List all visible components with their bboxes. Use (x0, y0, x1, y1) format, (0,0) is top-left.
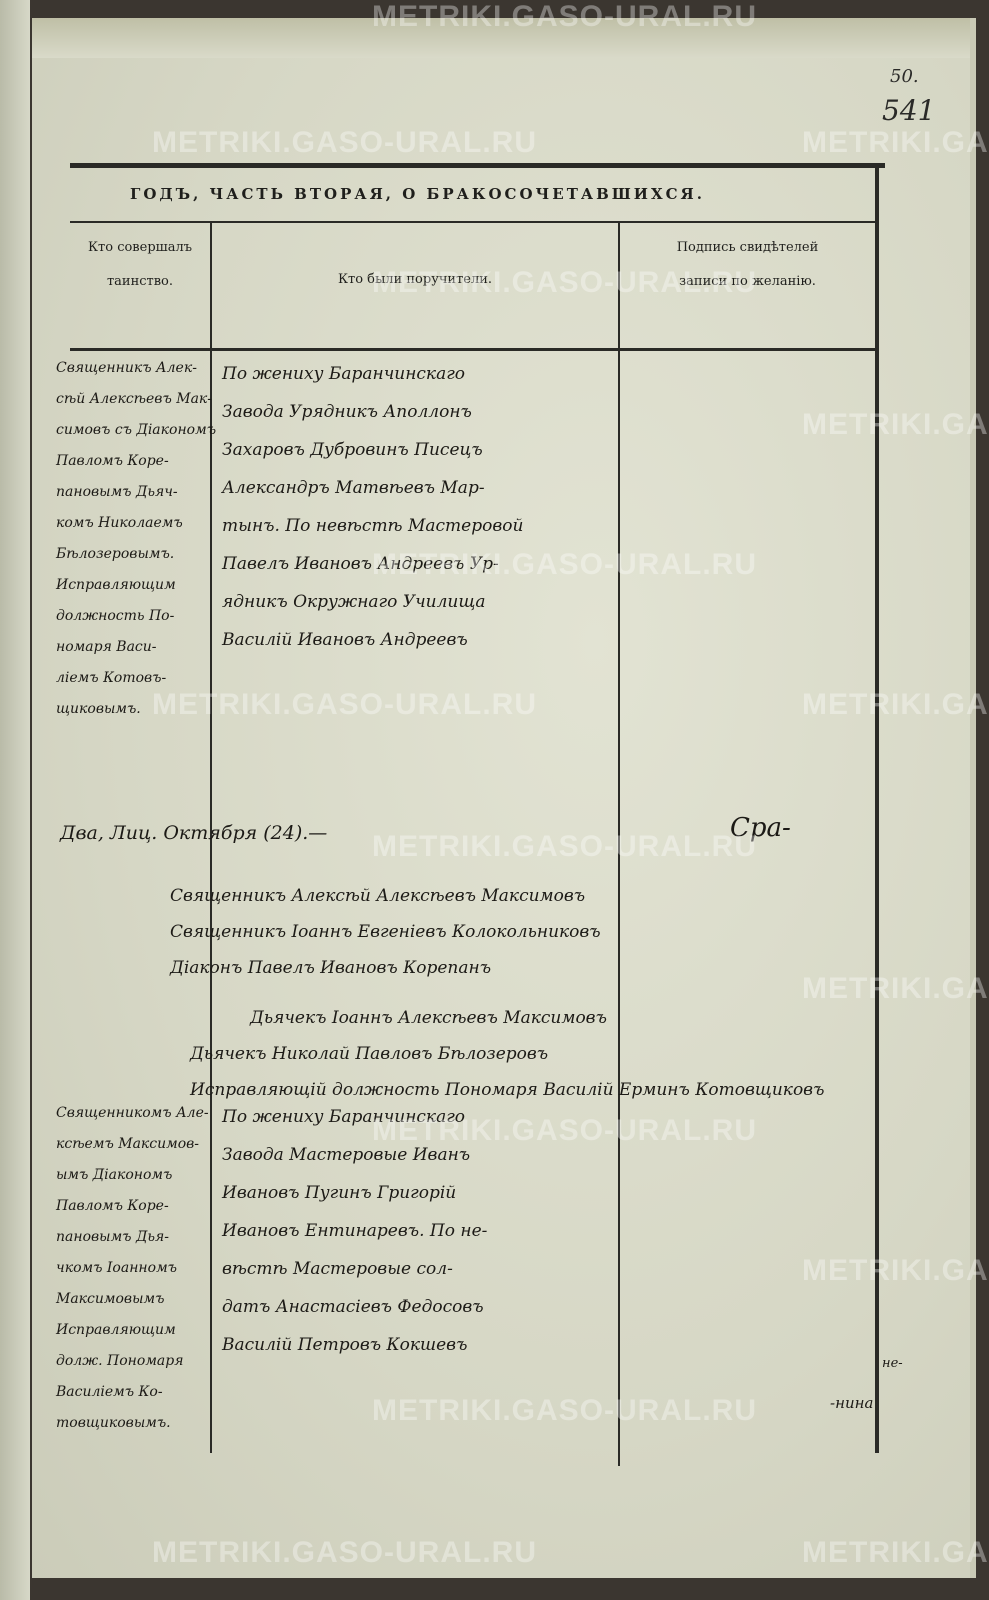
handwritten-line: чкомъ Іоанномъ (56, 1253, 209, 1284)
handwritten-line: комъ Николаемъ (56, 508, 216, 539)
handwritten-line: номаря Васи- (56, 632, 216, 663)
column-header-line: Подпись свидѣтелей (620, 231, 875, 265)
watermark: METRIKI.GASO-URAL.RU (372, 1114, 757, 1148)
handwritten-line: ядникъ Окружнаго Училища (222, 583, 523, 621)
clergy-signature: Священникъ Алексѣй Алексѣевъ Максимовъ (170, 878, 824, 914)
watermark: METRIKI.GASO-URAL.RU (802, 972, 989, 1006)
handwritten-line: Василій Петровъ Кокшевъ (222, 1326, 487, 1364)
folio-old-number: 50. (890, 66, 919, 87)
handwritten-line: тынъ. По невѣстѣ Мастеровой (222, 507, 523, 545)
watermark: METRIKI.GASO-URAL.RU (372, 548, 757, 582)
form-title: ГОДЪ, ЧАСТЬ ВТОРАЯ, О БРАКОСОЧЕТАВШИХСЯ. (130, 185, 705, 203)
handwritten-line: Бѣлозеровымъ. (56, 539, 216, 570)
watermark: METRIKI.GASO-URAL.RU (802, 1536, 989, 1570)
handwritten-line: Максимовымъ (56, 1284, 209, 1315)
certification-date: Два, Лиц. Октября (24).— (60, 818, 327, 849)
watermark: METRIKI.GASO-URAL.RU (802, 688, 989, 722)
handwritten-line: Завода Урядникъ Аполлонъ (222, 393, 523, 431)
handwritten-line: Исправляющим (56, 570, 216, 601)
clergy-signature: Священникъ Іоаннъ Евгеніевъ Колокольнико… (170, 914, 824, 950)
entry-1-guarantors: По жениху Баранчинскаго Завода Урядникъ … (222, 355, 523, 659)
handwritten-line: ксѣемъ Максимов- (56, 1129, 209, 1160)
handwritten-line: Василій Ивановъ Андреевъ (222, 621, 523, 659)
handwritten-line: долж. Пономаря (56, 1346, 209, 1377)
handwritten-line: Павломъ Коре- (56, 1191, 209, 1222)
witnesses-note: -нина (830, 1388, 873, 1419)
watermark: METRIKI.GASO-URAL.RU (802, 126, 989, 160)
column-header-line: таинство. (70, 265, 210, 299)
handwritten-line: вѣстѣ Мастеровые сол- (222, 1250, 487, 1288)
handwritten-line: симовъ съ Діакономъ (56, 415, 216, 446)
adjacent-page-edge (0, 0, 30, 1600)
watermark: METRIKI.GASO-URAL.RU (372, 0, 757, 34)
watermark: METRIKI.GASO-URAL.RU (372, 830, 757, 864)
handwritten-line: ымъ Діакономъ (56, 1160, 209, 1191)
header-bottom-rule (70, 348, 875, 351)
handwritten-line: Александръ Матвѣевъ Мар- (222, 469, 523, 507)
watermark: METRIKI.GASO-URAL.RU (372, 266, 757, 300)
handwritten-line: Священникъ Алек- (56, 353, 216, 384)
handwritten-line: Исправляющим (56, 1315, 209, 1346)
clergy-signature: Дьячекъ Іоаннъ Алексѣевъ Максимовъ (170, 1000, 824, 1036)
handwritten-line: сѣй Алексѣевъ Мак- (56, 384, 216, 415)
watermark: METRIKI.GASO-URAL.RU (372, 1394, 757, 1428)
register-table: ГОДЪ, ЧАСТЬ ВТОРАЯ, О БРАКОСОЧЕТАВШИХСЯ.… (70, 163, 885, 1453)
watermark: METRIKI.GASO-URAL.RU (152, 1536, 537, 1570)
clergy-signature: Діаконъ Павелъ Ивановъ Корепанъ (170, 950, 824, 986)
entry-1-officiants: Священникъ Алек- сѣй Алексѣевъ Мак- симо… (56, 353, 216, 725)
watermark: METRIKI.GASO-URAL.RU (152, 688, 537, 722)
handwritten-line: Ивановъ Ентинаревъ. По не- (222, 1212, 487, 1250)
handwritten-line: Захаровъ Дубровинъ Писецъ (222, 431, 523, 469)
margin-note: не- (882, 1348, 903, 1379)
column-header-line: Кто совершалъ (70, 231, 210, 265)
table-top-rule (70, 163, 885, 168)
handwritten-line: товщиковымъ. (56, 1408, 209, 1439)
column-header-officiant: Кто совершалъ таинство. (70, 231, 210, 299)
handwritten-line: пановымъ Дьяч- (56, 477, 216, 508)
header-top-rule (70, 221, 875, 223)
watermark: METRIKI.GASO-URAL.RU (802, 1254, 989, 1288)
clergy-signatures: Священникъ Алексѣй Алексѣевъ Максимовъ С… (170, 878, 824, 1108)
clergy-signature: Дьячекъ Николай Павловъ Бѣлозеровъ (170, 1036, 824, 1072)
handwritten-line: пановымъ Дья- (56, 1222, 209, 1253)
handwritten-line: Ивановъ Пугинъ Григорій (222, 1174, 487, 1212)
entry-2-officiants: Священникомъ Але- ксѣемъ Максимов- ымъ Д… (56, 1098, 209, 1439)
handwritten-line: Павломъ Коре- (56, 446, 216, 477)
handwritten-line: датъ Анастасіевъ Федосовъ (222, 1288, 487, 1326)
handwritten-line: должность По- (56, 601, 216, 632)
handwritten-line: Священникомъ Але- (56, 1098, 209, 1129)
watermark: METRIKI.GASO-URAL.RU (802, 408, 989, 442)
handwritten-line: Василіемъ Ко- (56, 1377, 209, 1408)
watermark: METRIKI.GASO-URAL.RU (152, 126, 537, 160)
folio-new-number: 541 (882, 94, 935, 127)
register-page: 50. 541 ГОДЪ, ЧАСТЬ ВТОРАЯ, О БРАКОСОЧЕТ… (32, 18, 976, 1578)
handwritten-line: По жениху Баранчинскаго (222, 355, 523, 393)
